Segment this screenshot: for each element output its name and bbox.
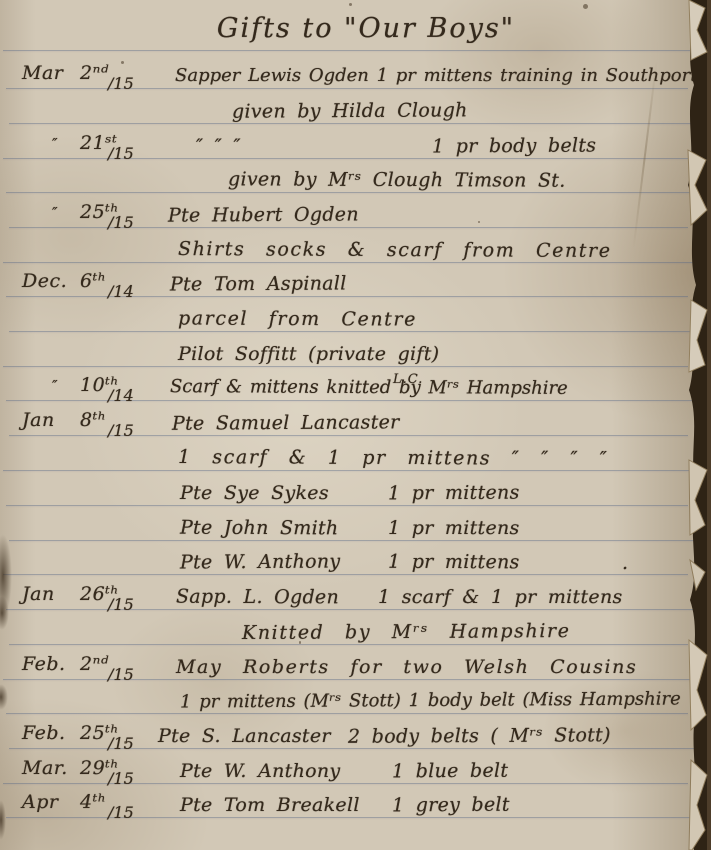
entry-month: ″ xyxy=(22,204,80,222)
paper-speck xyxy=(583,4,588,9)
entry-date: Jan8ᵗʰ/15 xyxy=(22,409,134,455)
ledger-row: Knitted by Mʳˢ Hampshire xyxy=(242,617,571,647)
ledger-row: Pte Tom Aspinall xyxy=(170,269,347,298)
paper-speck xyxy=(478,221,480,223)
entry-date: ″21ˢᵗ/15 xyxy=(22,132,134,178)
entry-date: Feb.2ⁿᵈ/15 xyxy=(22,653,134,699)
ledger-row-gift: 2 body belts ( Mʳˢ Stott) xyxy=(348,721,611,751)
entry-date: Apr4ᵗʰ/15 xyxy=(22,791,134,837)
entry-month: ″ xyxy=(22,377,80,395)
ledger-row-gift: 1 pr body belts xyxy=(432,131,596,160)
ledger-row: Pte Hubert Ogden xyxy=(168,200,359,229)
torn-binding-edge xyxy=(661,0,711,850)
ledger-row: Pte Sye Sykes xyxy=(180,479,329,507)
entry-month: Jan xyxy=(22,583,80,605)
ledger-row: Pte John Smith xyxy=(180,514,339,543)
entry-month: Feb. xyxy=(22,653,80,675)
ledger-row: Pte Samuel Lancaster xyxy=(172,408,400,437)
ledger-row-gift: 1 grey belt xyxy=(392,791,510,820)
edge-smudge xyxy=(0,596,9,630)
ledger-row-gift: 1 blue belt xyxy=(392,757,508,786)
entry-date: Jan26ᵗʰ/15 xyxy=(22,583,134,629)
paper-speck xyxy=(349,3,352,6)
ledger-row: 1 pr mittens (Mʳˢ Stott) 1 body belt (Mi… xyxy=(180,685,681,716)
entry-date: ″25ᵗʰ/15 xyxy=(22,201,134,247)
entry-year: /15 xyxy=(108,213,134,232)
entry-month: ″ xyxy=(22,135,80,153)
ledger-row-gift: 1 pr mittens xyxy=(388,479,520,508)
paper-speck xyxy=(121,61,124,64)
ledger-row: given by Mʳˢ Clough Timson St. xyxy=(228,165,566,194)
ledger-row: Pte W. Anthony xyxy=(180,548,341,577)
entry-month: Feb. xyxy=(22,722,80,744)
entry-year: /15 xyxy=(108,769,134,788)
entry-year: /15 xyxy=(108,734,134,753)
entry-year: /15 xyxy=(108,74,134,93)
entry-date: Dec.6ᵗʰ/14 xyxy=(22,270,134,316)
entry-year: /15 xyxy=(108,421,134,440)
stray-ink-mark: . xyxy=(622,552,628,574)
ledger-row: Sapper Lewis Ogden 1 pr mittens training… xyxy=(175,62,697,90)
ledger-row: Sapp. L. Ogden xyxy=(176,583,339,612)
entry-year: /15 xyxy=(108,595,134,614)
entry-year: /14 xyxy=(108,386,134,405)
ledger-row: Pte Tom Breakell xyxy=(180,791,360,819)
entry-month: Jan xyxy=(22,409,80,431)
entry-year: /15 xyxy=(108,144,134,163)
ledger-row: 1 scarf & 1 pr mittens ″ ″ ″ ″ xyxy=(178,443,609,473)
entry-year: /14 xyxy=(108,282,134,301)
ledger-row: Scarf & mittens knitted by Mʳˢ Hampshire xyxy=(170,373,568,403)
ledger-row: Pilot Soffitt (private gift) xyxy=(178,340,439,368)
ledger-row: Shirts socks & scarf from Centre xyxy=(178,235,612,265)
ledger-row-gift: 1 scarf & 1 pr mittens xyxy=(378,583,623,611)
ledger-row: given by Hilda Clough xyxy=(232,96,468,125)
entry-date: Mar2ⁿᵈ/15 xyxy=(22,62,134,108)
ruled-line xyxy=(3,574,688,575)
paper-speck xyxy=(124,741,127,744)
ledger-row-gift: 1 pr mittens xyxy=(388,514,520,542)
ledger-row: Pte W. Anthony xyxy=(180,757,340,785)
ledger-page: { "page": { "title": "Gifts to \"Our Boy… xyxy=(0,0,711,850)
entry-month: Mar. xyxy=(22,757,80,779)
ledger-row: ″ ″ ″ xyxy=(196,132,241,160)
entry-month: Apr xyxy=(22,791,80,813)
edge-smudge xyxy=(0,684,8,710)
entry-month: Dec. xyxy=(22,270,80,292)
ledger-row: Pte S. Lancaster xyxy=(158,722,331,750)
entry-year: /15 xyxy=(108,803,134,822)
paper-speck xyxy=(299,641,301,644)
ledger-row: parcel from Centre xyxy=(178,304,417,333)
edge-smudge xyxy=(0,800,6,840)
ruled-line xyxy=(3,50,694,51)
entry-year: /15 xyxy=(108,665,134,684)
ledger-row-gift: 1 pr mittens xyxy=(388,548,520,577)
ruled-line xyxy=(9,540,694,541)
interlinear-annotation: L.C. xyxy=(393,372,423,387)
ruled-line xyxy=(6,505,688,506)
ledger-row: May Roberts for two Welsh Cousins xyxy=(176,653,637,681)
page-title: Gifts to "Our Boys" xyxy=(198,13,534,44)
entry-month: Mar xyxy=(22,62,80,84)
